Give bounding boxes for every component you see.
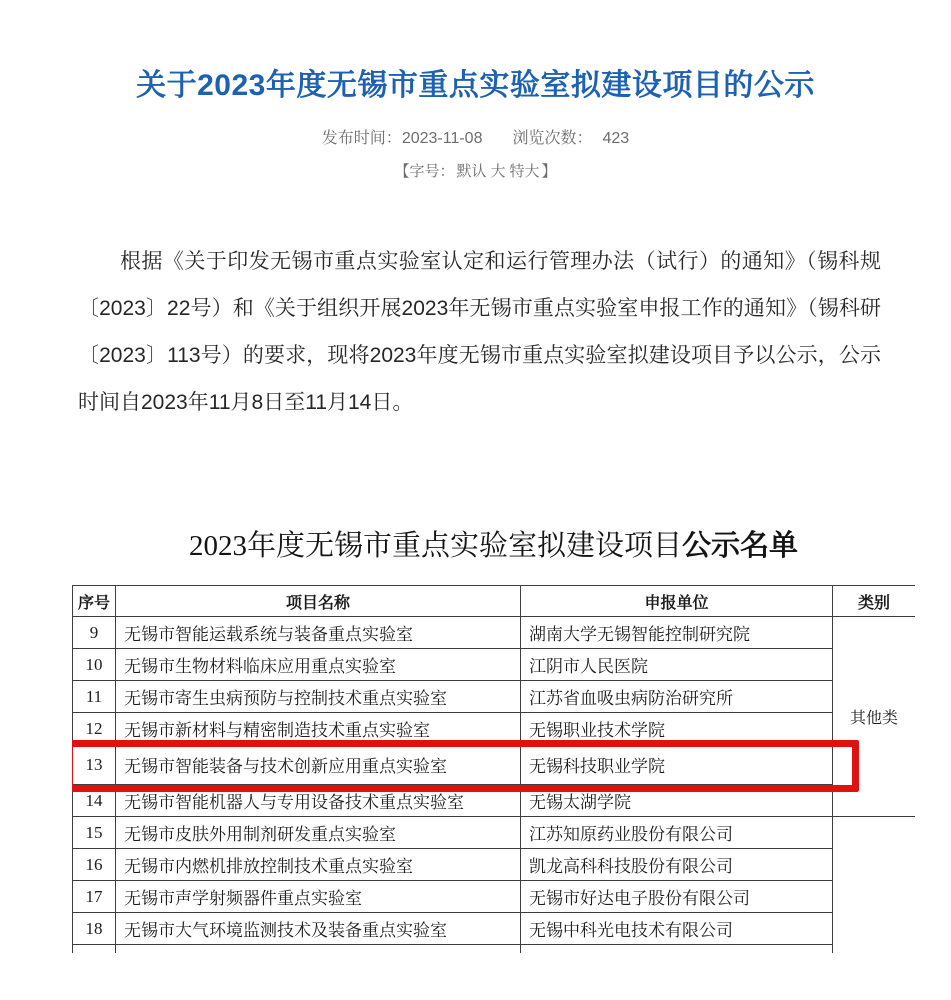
row-number-cell: 9: [73, 617, 116, 649]
applicant-cell: 江苏知原药业股份有限公司: [521, 817, 833, 849]
font-size-prefix: 【字号：: [394, 163, 454, 180]
font-size-suffix: 】: [542, 163, 557, 180]
project-name-cell: 无锡市大气环境监测技术及装备重点实验室: [116, 913, 521, 945]
applicant-cell: 凯龙高科科技股份有限公司: [521, 849, 833, 881]
table-section: 2023年度无锡市重点实验室拟建设项目公示名单 序号 项目名称 申报单位 类别 …: [72, 523, 915, 953]
table-header-row: 序号 项目名称 申报单位 类别: [73, 586, 916, 617]
project-name-cell: 无锡市新材料与精密制造技术重点实验室: [116, 713, 521, 745]
applicant-cell: 无锡市好达电子股份有限公司: [521, 881, 833, 913]
row-number-cell: 13: [73, 745, 116, 785]
row-number-cell: 18: [73, 913, 116, 945]
table-title-bold: 公示名单: [682, 530, 798, 562]
table-row: 14无锡市智能机器人与专用设备技术重点实验室无锡太湖学院: [73, 785, 916, 817]
row-number-cell: 14: [73, 785, 116, 817]
table-row: 17无锡市声学射频器件重点实验室无锡市好达电子股份有限公司: [73, 881, 916, 913]
table-row-highlighted: 13无锡市智能装备与技术创新应用重点实验室无锡科技职业学院: [73, 745, 916, 785]
empty-cell: [73, 945, 116, 954]
table-row: 10无锡市生物材料临床应用重点实验室江阴市人民医院: [73, 649, 916, 681]
row-number-cell: 11: [73, 681, 116, 713]
project-name-cell: 无锡市皮肤外用制剂研发重点实验室: [116, 817, 521, 849]
applicant-cell: 湖南大学无锡智能控制研究院: [521, 617, 833, 649]
font-size-control: 【字号：默认大特大】: [0, 160, 951, 181]
table-title: 2023年度无锡市重点实验室拟建设项目公示名单: [72, 523, 915, 564]
publish-time-label: 发布时间：: [322, 130, 402, 147]
lab-table-wrapper: 序号 项目名称 申报单位 类别 9无锡市智能运载系统与装备重点实验室湖南大学无锡…: [72, 585, 915, 953]
header-serial: 序号: [73, 586, 116, 617]
applicant-cell: 无锡中科光电技术有限公司: [521, 913, 833, 945]
row-number-cell: 10: [73, 649, 116, 681]
project-name-cell: 无锡市内燃机排放控制技术重点实验室: [116, 849, 521, 881]
category-cell: [833, 817, 916, 954]
table-title-regular: 2023年度无锡市重点实验室拟建设项目: [189, 530, 682, 562]
table-row: 18无锡市大气环境监测技术及装备重点实验室无锡中科光电技术有限公司: [73, 913, 916, 945]
header-applicant: 申报单位: [521, 586, 833, 617]
project-name-cell: 无锡市智能装备与技术创新应用重点实验室: [116, 745, 521, 785]
applicant-cell: 江苏省血吸虫病防治研究所: [521, 681, 833, 713]
project-name-cell: 无锡市智能运载系统与装备重点实验室: [116, 617, 521, 649]
lab-table: 序号 项目名称 申报单位 类别 9无锡市智能运载系统与装备重点实验室湖南大学无锡…: [72, 585, 915, 953]
table-row: 16无锡市内燃机排放控制技术重点实验室凯龙高科科技股份有限公司: [73, 849, 916, 881]
applicant-cell: 无锡太湖学院: [521, 785, 833, 817]
article-meta: 发布时间：2023-11-08浏览次数：423: [0, 125, 951, 148]
project-name-cell: 无锡市生物材料临床应用重点实验室: [116, 649, 521, 681]
project-name-cell: 无锡市智能机器人与专用设备技术重点实验室: [116, 785, 521, 817]
project-name-cell: 无锡市寄生虫病预防与控制技术重点实验室: [116, 681, 521, 713]
header-project-name: 项目名称: [116, 586, 521, 617]
announcement-paragraph: 根据《关于印发无锡市重点实验室认定和运行管理办法（试行）的通知》（锡科规〔202…: [78, 238, 881, 426]
page-title: 关于2023年度无锡市重点实验室拟建设项目的公示: [0, 60, 951, 104]
table-row: 12无锡市新材料与精密制造技术重点实验室无锡职业技术学院: [73, 713, 916, 745]
lab-table-body: 9无锡市智能运载系统与装备重点实验室湖南大学无锡智能控制研究院其他类10无锡市生…: [73, 617, 916, 954]
applicant-cell: 无锡职业技术学院: [521, 713, 833, 745]
applicant-cell: 江阴市人民医院: [521, 649, 833, 681]
font-size-option-default[interactable]: 默认: [456, 163, 486, 180]
empty-cell: [521, 945, 833, 954]
table-row-partial: [73, 945, 916, 954]
font-size-option-xlarge[interactable]: 特大: [510, 163, 540, 180]
table-row: 11无锡市寄生虫病预防与控制技术重点实验室江苏省血吸虫病防治研究所: [73, 681, 916, 713]
row-number-cell: 16: [73, 849, 116, 881]
row-number-cell: 15: [73, 817, 116, 849]
table-row: 15无锡市皮肤外用制剂研发重点实验室江苏知原药业股份有限公司: [73, 817, 916, 849]
font-size-option-large[interactable]: 大: [490, 163, 505, 180]
header-category: 类别: [833, 586, 916, 617]
project-name-cell: 无锡市声学射频器件重点实验室: [116, 881, 521, 913]
row-number-cell: 12: [73, 713, 116, 745]
applicant-cell: 无锡科技职业学院: [521, 745, 833, 785]
category-cell: 其他类: [833, 617, 916, 817]
view-count-value: 423: [602, 130, 629, 147]
empty-cell: [116, 945, 521, 954]
publish-time-value: 2023-11-08: [402, 130, 483, 147]
row-number-cell: 17: [73, 881, 116, 913]
table-row: 9无锡市智能运载系统与装备重点实验室湖南大学无锡智能控制研究院其他类: [73, 617, 916, 649]
view-count-label: 浏览次数：: [512, 130, 592, 147]
